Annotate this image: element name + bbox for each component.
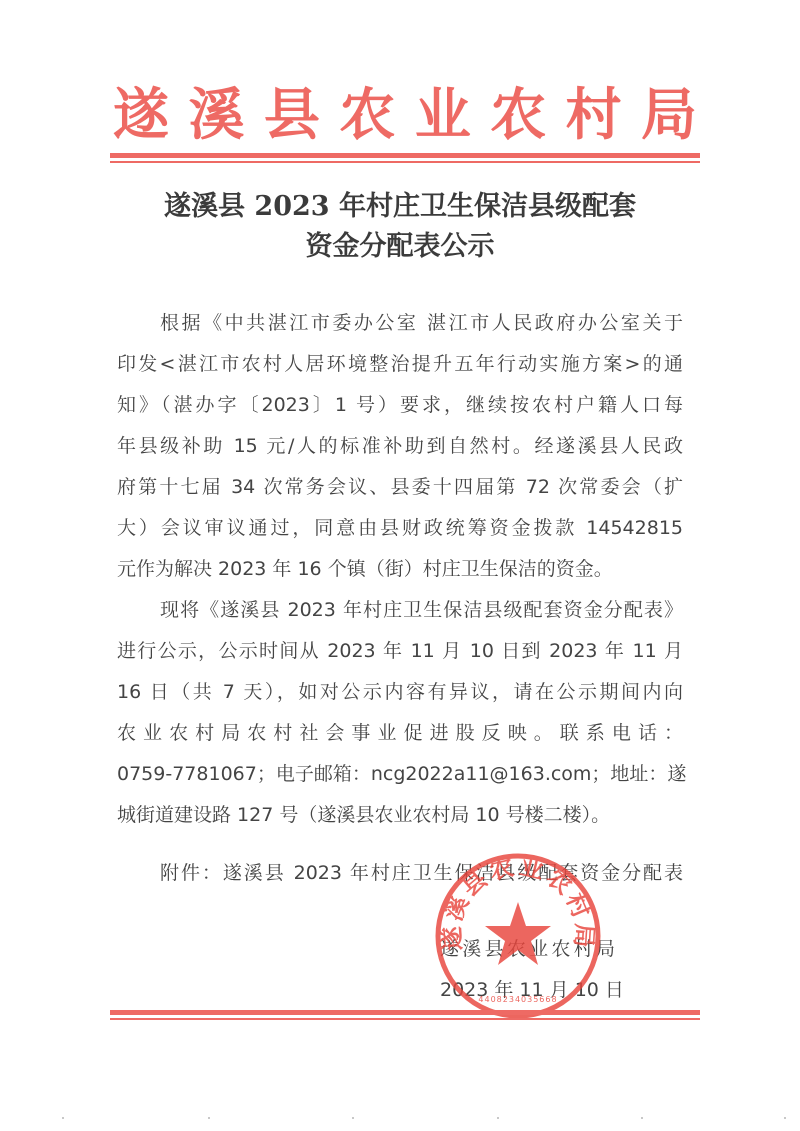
paragraph-2-line: 农业农村局农村社会事业促进股反映。联系电话： [117, 721, 683, 745]
letterhead-char: 业 [412, 80, 474, 150]
paragraph-1-line: 印发<湛江市农村人居环境整治提升五年行动实施方案>的通 [117, 352, 683, 376]
document-page: 遂 溪 县 农 业 农 村 局 遂溪县 2023 年村庄卫生保洁县级配套 资金分… [0, 0, 800, 1131]
footer-divider [110, 1010, 700, 1020]
attachment-note: 附件：遂溪县 2023 年村庄卫生保洁县级配套资金分配表 [160, 861, 683, 885]
paragraph-1-line: 大）会议审议通过，同意由县财政统筹资金拨款 14542815 [117, 516, 683, 540]
paragraph-2-line: 0759-7781067；电子邮箱：ncg2022a11@163.com；地址：… [117, 762, 683, 786]
paragraph-2-line: 16 日（共 7 天），如对公示内容有异议，请在公示期间内向 [117, 680, 683, 704]
letterhead-char: 遂 [110, 80, 172, 150]
letterhead-org-name: 遂 溪 县 农 业 农 村 局 [110, 80, 700, 150]
paragraph-1-line: 根据《中共湛江市委办公室 湛江市人民政府办公室关于 [160, 311, 683, 335]
letterhead-char: 溪 [185, 80, 247, 150]
paragraph-2-line: 进行公示，公示时间从 2023 年 11 月 10 日到 2023 年 11 月 [117, 639, 683, 663]
letterhead-char: 农 [487, 80, 549, 150]
letterhead-char: 村 [563, 80, 625, 150]
paragraph-2-line: 现将《遂溪县 2023 年村庄卫生保洁县级配套资金分配表》 [160, 598, 683, 622]
signature-date: 2023 年 11 月 10 日 [440, 978, 622, 1002]
paragraph-1-line: 知》（湛办字〔2023〕1 号）要求，继续按农村户籍人口每 [117, 393, 683, 417]
document-title-line-2: 资金分配表公示 [100, 224, 700, 270]
paragraph-1-line: 元作为解决 2023 年 16 个镇（街）村庄卫生保洁的资金。 [117, 557, 683, 581]
signer-name: 遂溪县农业农村局 [440, 937, 615, 961]
letterhead-divider [110, 153, 700, 163]
letterhead-char: 县 [261, 80, 323, 150]
scan-artifacts [0, 1117, 800, 1121]
paragraph-1-line: 年县级补助 15 元/人的标准补助到自然村。经遂溪县人民政 [117, 434, 683, 458]
paragraph-2-line: 城街道建设路 127 号（遂溪县农业农村局 10 号楼二楼）。 [117, 803, 683, 827]
paragraph-1-line: 府第十七届 34 次常务会议、县委十四届第 72 次常委会（扩 [117, 475, 683, 499]
letterhead-char: 局 [638, 80, 700, 150]
letterhead-char: 农 [336, 80, 398, 150]
